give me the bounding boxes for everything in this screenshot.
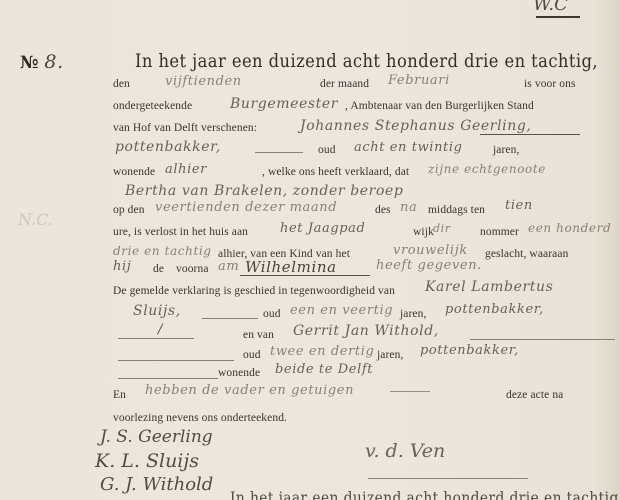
l7-des: des [375,204,391,216]
l13-fill-line [470,339,615,340]
l7-birth-date: veertienden dezer maand [155,200,337,215]
l12-blank-line [202,318,258,319]
l8-house-number: een honderd [528,221,611,235]
l12-oud: oud [263,308,281,320]
l3-municipality: van Hof van Delft verschenen: [113,122,257,134]
official-signature-flourish [368,478,528,479]
l7-na: na [400,200,417,215]
l7-middags-ten: middags ten [428,204,485,216]
l8-wijk: wijk [413,226,434,238]
l1-der-maand: der maand [320,78,369,90]
l3-name-underline [480,134,580,135]
l5-residence: alhier [165,162,207,177]
l4-oud: oud [318,144,336,156]
l10-child-name-underline [240,275,370,276]
l4-jaren: jaren, [493,144,519,156]
l17-voorlezing: voorlezing nevens ons onderteekend. [113,412,287,424]
record-heading: In het jaar een duizend acht honderd dri… [135,50,598,72]
l12-witness1-occupation: pottenbakker, [445,302,544,317]
l13-slash: / [158,322,163,337]
l13-blank-line [118,338,194,339]
l8-nommer: nommer [480,226,519,238]
l1-day: vijftienden [165,74,242,89]
act-number: № 8. [20,51,64,73]
signature-witness2: G. J. Withold [100,474,213,495]
l4-father-age: acht en twintig [354,140,463,155]
l16-fill-line [390,391,430,392]
faint-margin-mark: N.C. [18,210,53,229]
l16-signers: hebben de vader en getuigen [145,383,354,398]
corner-mark-underline [536,16,580,18]
l1-den: den [113,78,130,90]
l5-verklaard: , welke ons heeft verklaard, dat [262,166,409,178]
next-entry-fragment: In het jaar een duizend acht honderd dri… [230,488,620,500]
l5-wife: zijne echtgenoote [428,162,546,176]
l10-voorna: voorna [176,263,209,275]
l2-official-title: Burgemeester [230,96,338,112]
l12-witness1-surname: Sluijs, [133,303,181,319]
l11-verklaring: De gemelde verklaring is geschied in teg… [113,285,395,297]
l14-witness2-occupation: pottenbakker, [420,343,519,358]
corner-handwritten-mark: W.C [533,0,568,15]
l12-witness1-age: een en veertig [290,303,393,318]
l9-sex: vrouwelijk [393,243,468,258]
l15-witnesses-residence: beide te Delft [275,362,373,377]
l10-de: de [153,263,164,275]
l2-ambtenaar: , Ambtenaar van den Burgerlijken Stand [345,100,534,112]
l10-child-name: Wilhelmina [245,258,337,276]
l8-verlost: ure, is verlost in het huis aan [113,226,248,238]
signature-witness1: K. L. Sluijs [95,450,199,472]
l10-am: am [218,259,239,274]
l15-wonende: wonende [218,367,260,379]
l7-hour: tien [505,198,533,213]
l9-geslacht: geslacht, waaraan [485,248,568,260]
l8-ward: dir [433,222,451,235]
l14-witness2-age: twee en dertig [270,344,374,359]
civil-record-page: W.C N.C. № 8. In het jaar een duizend ac… [0,0,620,500]
l1-is-voor-ons: is voor ons [524,78,576,90]
l1-month: Februari [388,73,450,88]
act-number-prefix: № [20,53,38,73]
l11-witness1-name: Karel Lambertus [425,279,553,295]
l4-father-occupation: pottenbakker, [115,139,221,155]
l4-blank-line [255,152,303,153]
signature-father: J. S. Geerling [100,427,213,447]
l15-blank-line [118,378,218,379]
l16-en: En [113,389,126,401]
l13-witness2-name: Gerrit Jan Withold, [293,323,439,339]
l10-heeft-gegeven: heeft gegeven. [376,258,482,273]
l12-jaren: jaren, [400,308,426,320]
act-number-value: 8. [44,51,63,73]
l10-hij: hij [113,259,131,274]
l3-father-name: Johannes Stephanus Geerling, [300,118,531,134]
l16-deze-acte: deze acte na [506,389,563,401]
l8-street: het Jaagpad [280,221,365,236]
l13-en-van: en van [243,329,274,341]
l14-oud: oud [243,349,261,361]
l7-op-den: op den [113,204,145,216]
signature-official: v. d. Ven [365,440,445,462]
l2-ondergeteekende: ondergeteekende [113,100,192,112]
l6-mother-name: Bertha van Brakelen, zonder beroep [125,183,403,199]
l9-house-number-cont: drie en tachtig [113,244,212,258]
l14-jaren: jaren, [377,349,403,361]
l14-blank-line [118,360,234,361]
l5-wonende: wonende [113,166,155,178]
